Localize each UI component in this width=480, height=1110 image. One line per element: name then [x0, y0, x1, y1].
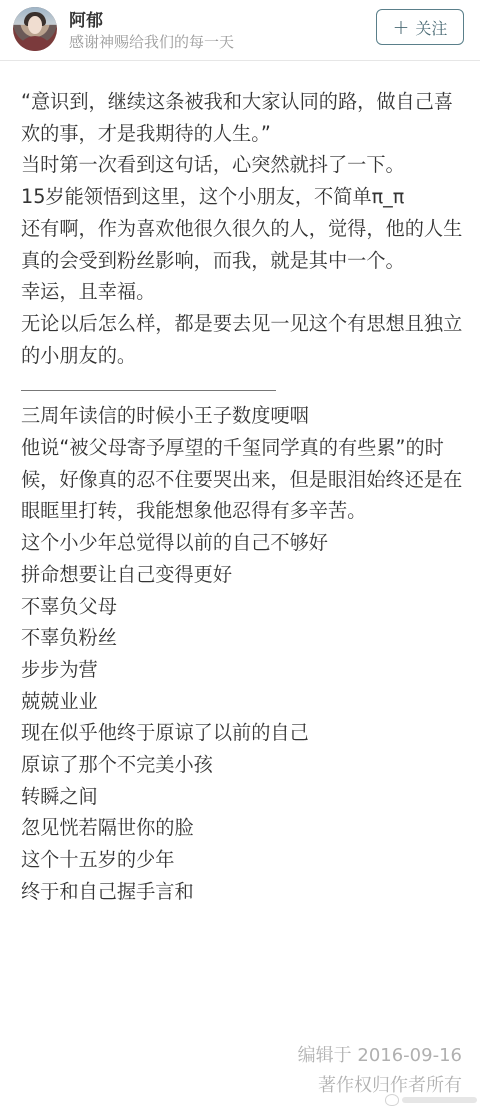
avatar-face: [28, 16, 42, 34]
post-footer: 编辑于 2016-09-16 著作权归作者所有: [298, 1041, 462, 1101]
paragraph: 终于和自己握手言和: [21, 876, 466, 908]
paragraph: 幸运，且幸福。: [21, 276, 466, 308]
paragraph: 这个十五岁的少年: [21, 844, 466, 876]
plus-icon: +: [393, 17, 410, 37]
post-header: 阿郁 感谢神赐给我们的每一天 + 关注: [0, 0, 480, 61]
paragraph: 忽见恍若隔世你的脸: [21, 812, 466, 844]
paragraph: 当时第一次看到这句话，心突然就抖了一下。: [21, 149, 466, 181]
paragraph: “意识到，继续这条被我和大家认同的路，做自己喜欢的事，才是我期待的人生。”: [21, 86, 466, 149]
paragraph: 步步为营: [21, 654, 466, 686]
paragraph: 不辜负父母: [21, 591, 466, 623]
paragraph: 他说“被父母寄予厚望的千玺同学真的有些累”的时候，好像真的忍不住要哭出来，但是眼…: [21, 432, 466, 527]
paragraph: 15岁能领悟到这里，这个小朋友，不简单π_π: [21, 181, 466, 213]
post-content: “意识到，继续这条被我和大家认同的路，做自己喜欢的事，才是我期待的人生。” 当时…: [21, 86, 466, 908]
paragraph: 原谅了那个不完美小孩: [21, 749, 466, 781]
paragraph: 无论以后怎么样，都是要去见一见这个有思想且独立的小朋友的。: [21, 308, 466, 371]
weibo-logo-icon: [385, 1094, 399, 1106]
watermark-text: [402, 1097, 477, 1103]
section-divider: [21, 390, 276, 391]
watermark: [385, 1093, 477, 1107]
paragraph: 现在似乎他终于原谅了以前的自己: [21, 717, 466, 749]
paragraph: 三周年读信的时候小王子数度哽咽: [21, 400, 466, 432]
user-name[interactable]: 阿郁: [69, 6, 103, 31]
user-bio: 感谢神赐给我们的每一天: [69, 31, 234, 52]
edited-date: 编辑于 2016-09-16: [298, 1041, 462, 1071]
paragraph: 不辜负粉丝: [21, 622, 466, 654]
paragraph: 转瞬之间: [21, 781, 466, 813]
paragraph: 拼命想要让自己变得更好: [21, 559, 466, 591]
follow-label: 关注: [415, 16, 447, 39]
paragraph: 这个小少年总觉得以前的自己不够好: [21, 527, 466, 559]
paragraph: 还有啊，作为喜欢他很久很久的人，觉得，他的人生真的会受到粉丝影响，而我，就是其中…: [21, 213, 466, 276]
avatar[interactable]: [13, 7, 57, 51]
paragraph: 兢兢业业: [21, 686, 466, 718]
follow-button[interactable]: + 关注: [376, 9, 464, 45]
